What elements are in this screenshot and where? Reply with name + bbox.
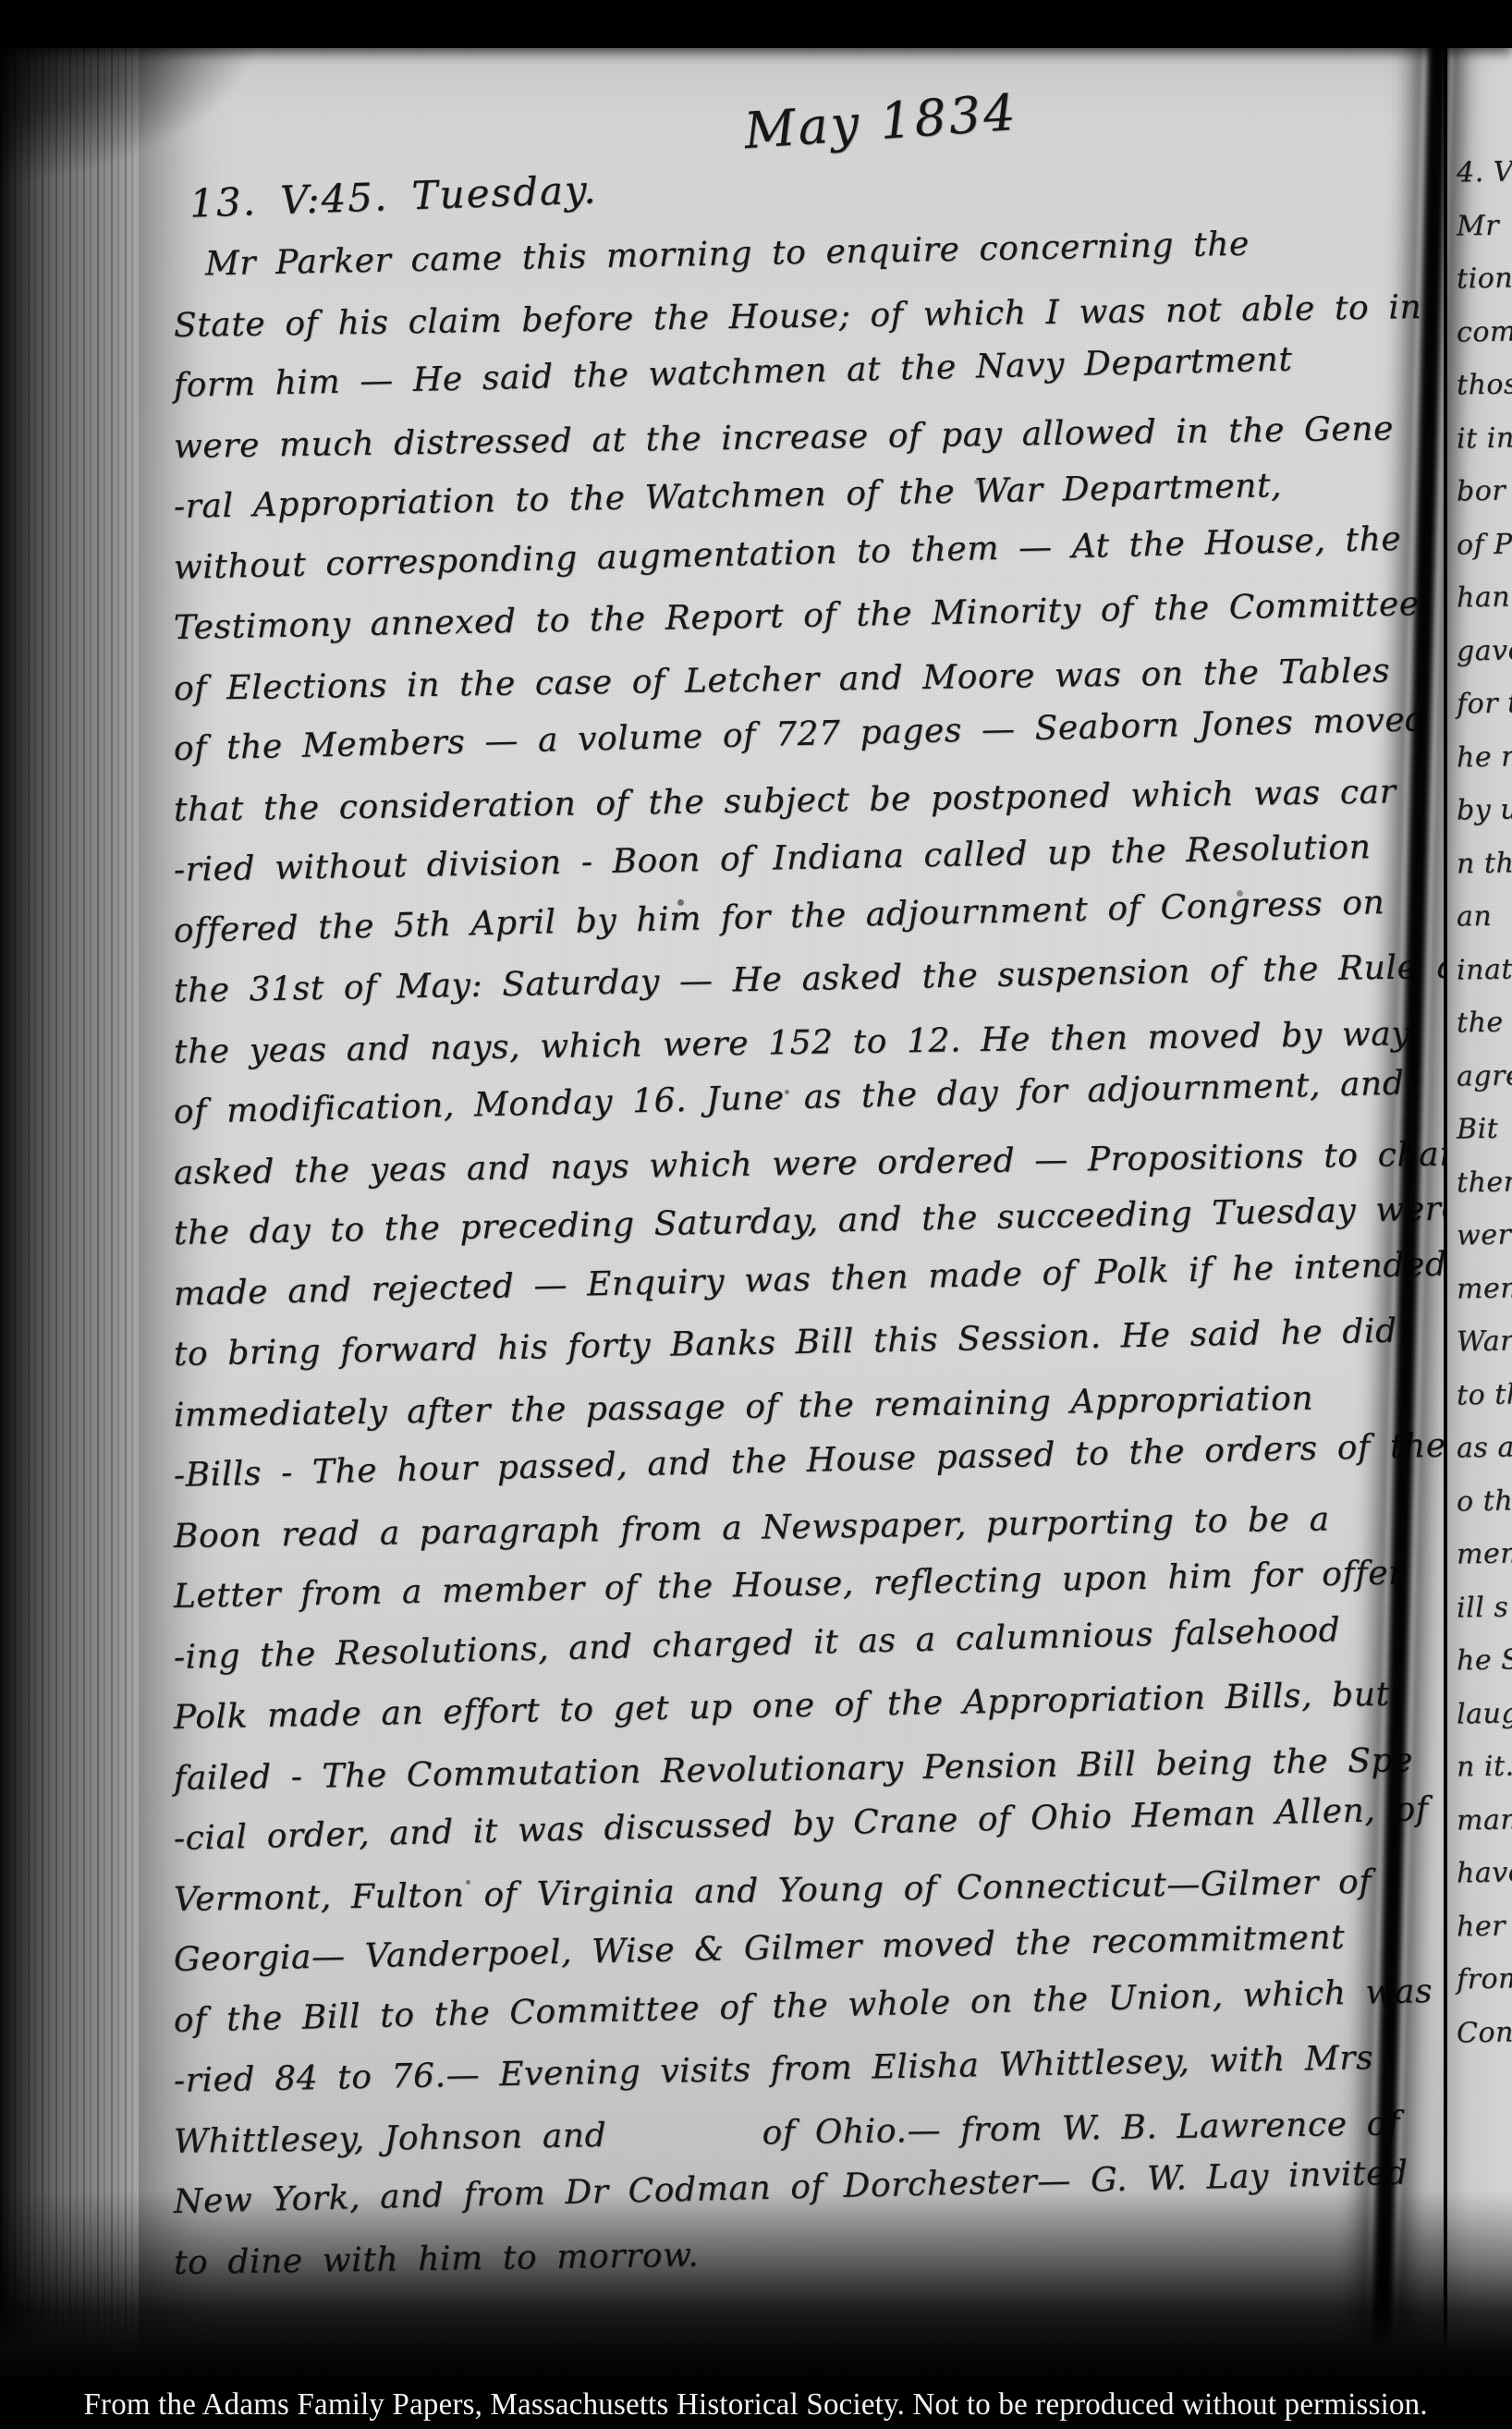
facing-page-fragment: bor xyxy=(1457,464,1512,519)
facing-page-fragment: Mr xyxy=(1457,199,1512,253)
facing-page-fragment: compa xyxy=(1457,305,1512,360)
facing-page-fragment: her La xyxy=(1457,1899,1512,1954)
facing-page-fragment: to the f xyxy=(1457,1368,1512,1422)
caption-text: From the Adams Family Papers, Massachuse… xyxy=(84,2387,1428,2423)
page-bottom-shadow xyxy=(0,2191,1512,2385)
facing-page-fragment: were f xyxy=(1457,1208,1512,1263)
facing-page-sliver: 4. VMrtioncompathoseit inborof Pahangave… xyxy=(1447,0,1512,2429)
facing-page-fragment: an xyxy=(1457,889,1512,944)
diary-page: May 1834 13. V:45. Tuesday. Mr Parker ca… xyxy=(139,0,1444,2429)
facing-page-fragment: man xyxy=(1457,1793,1512,1848)
facing-page-fragment: inat xyxy=(1457,943,1512,997)
page-header-month: May 1834 xyxy=(742,83,1019,161)
facing-page-fragment: by un xyxy=(1457,783,1512,837)
facing-page-fragment: he Sc xyxy=(1457,1633,1512,1688)
facing-page-text: 4. VMrtioncompathoseit inborof Pahangave… xyxy=(1447,0,1512,2059)
facing-page-fragment: 4. V xyxy=(1457,145,1512,200)
facing-page-fragment: men xyxy=(1457,1262,1512,1316)
facing-page-fragment: laugh xyxy=(1457,1687,1512,1741)
facing-page-fragment: ment a xyxy=(1457,1527,1512,1581)
manuscript-scan: May 1834 13. V:45. Tuesday. Mr Parker ca… xyxy=(0,0,1512,2429)
facing-page-fragment: n the xyxy=(1457,836,1512,891)
facing-page-fragment: War D xyxy=(1457,1314,1512,1369)
facing-page-fragment: o the S xyxy=(1457,1474,1512,1529)
caption-bar: From the Adams Family Papers, Massachuse… xyxy=(0,2381,1512,2429)
facing-page-fragment: it in xyxy=(1457,411,1512,466)
facing-page-fragment: those xyxy=(1457,358,1512,412)
facing-page-fragment: ill s xyxy=(1457,1581,1512,1635)
facing-page-fragment: han xyxy=(1457,570,1512,625)
facing-page-fragment: have — xyxy=(1457,1846,1512,1900)
facing-page-fragment: as a v xyxy=(1457,1421,1512,1475)
facing-page-fragment: agre xyxy=(1457,1049,1512,1104)
facing-page-fragment: Bit xyxy=(1457,1102,1512,1156)
facing-page-fragment: tion xyxy=(1457,251,1512,306)
facing-page-fragment: Conn xyxy=(1457,2006,1512,2060)
scan-corner-shadow xyxy=(0,18,259,185)
facing-page-fragment: for th xyxy=(1457,677,1512,731)
facing-page-fragment: of Pa xyxy=(1457,518,1512,572)
facing-page-fragment: from R xyxy=(1457,1952,1512,2007)
facing-page-fragment: ther xyxy=(1457,1155,1512,1210)
facing-page-fragment: gave xyxy=(1457,624,1512,678)
facing-page-fragment: n it. xyxy=(1457,1739,1512,1794)
entry-body: Mr Parker came this morning to enquire c… xyxy=(174,235,1431,2293)
facing-page-fragment: he m xyxy=(1457,730,1512,785)
facing-page-fragment: the I xyxy=(1457,995,1512,1050)
